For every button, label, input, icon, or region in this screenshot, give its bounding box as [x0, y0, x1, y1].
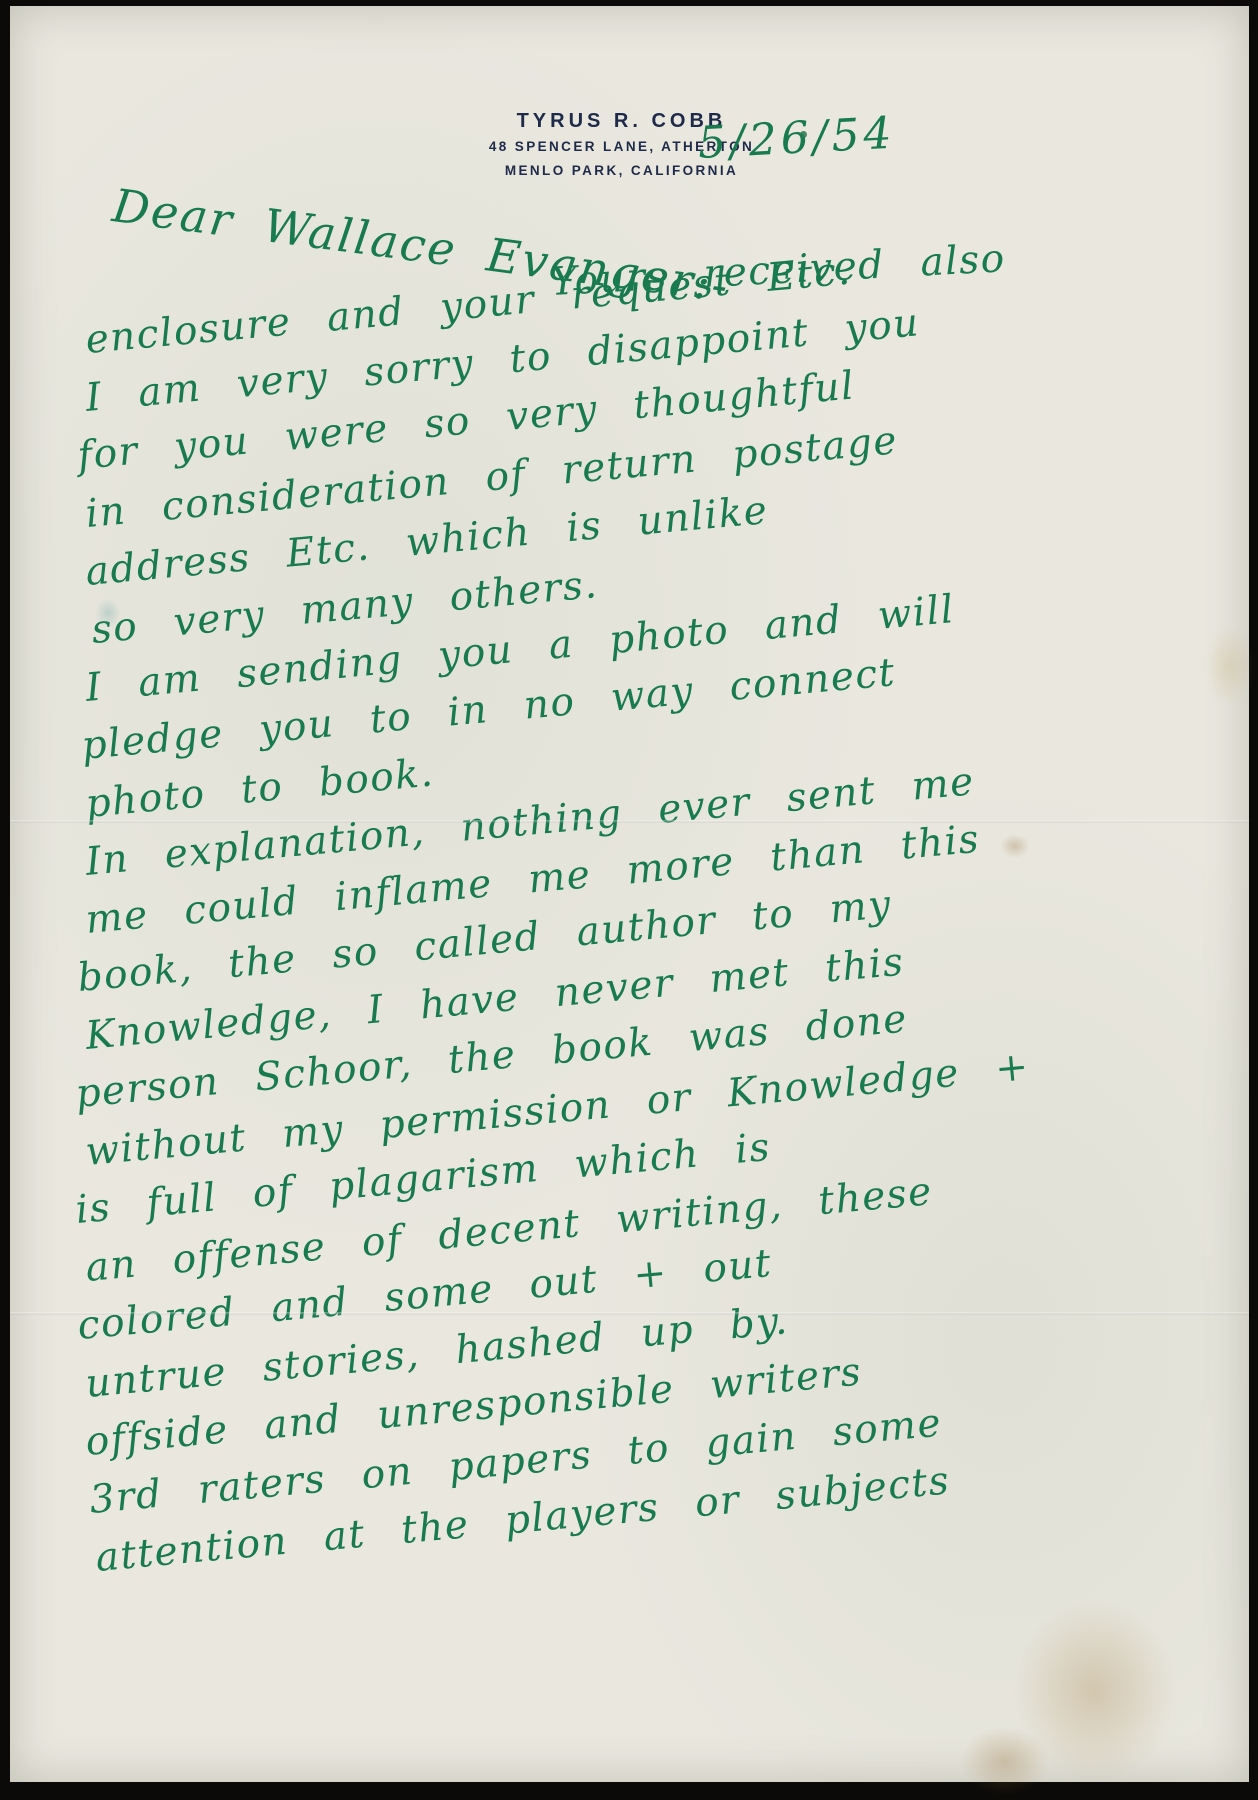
stain	[1205, 626, 1255, 706]
letter-body: Yours received alsoenclosure and your re…	[86, 254, 1206, 1588]
letterhead-address-line2: MENLO PARK, CALIFORNIA	[10, 159, 1233, 183]
scan-background: TYRUS R. COBB 48 SPENCER LANE, ATHERTON …	[0, 0, 1258, 1800]
letterhead-address-line1: 48 SPENCER LANE, ATHERTON	[10, 135, 1233, 159]
letterhead-name: TYRUS R. COBB	[10, 108, 1233, 135]
handwritten-date: 5/26/54	[697, 108, 897, 169]
letter-paper: TYRUS R. COBB 48 SPENCER LANE, ATHERTON …	[10, 6, 1249, 1782]
stain	[1010, 1596, 1180, 1786]
paper-crease	[10, 820, 1249, 823]
letterhead: TYRUS R. COBB 48 SPENCER LANE, ATHERTON …	[10, 108, 1249, 183]
stain	[960, 1726, 1050, 1796]
paper-crease	[10, 1312, 1249, 1315]
